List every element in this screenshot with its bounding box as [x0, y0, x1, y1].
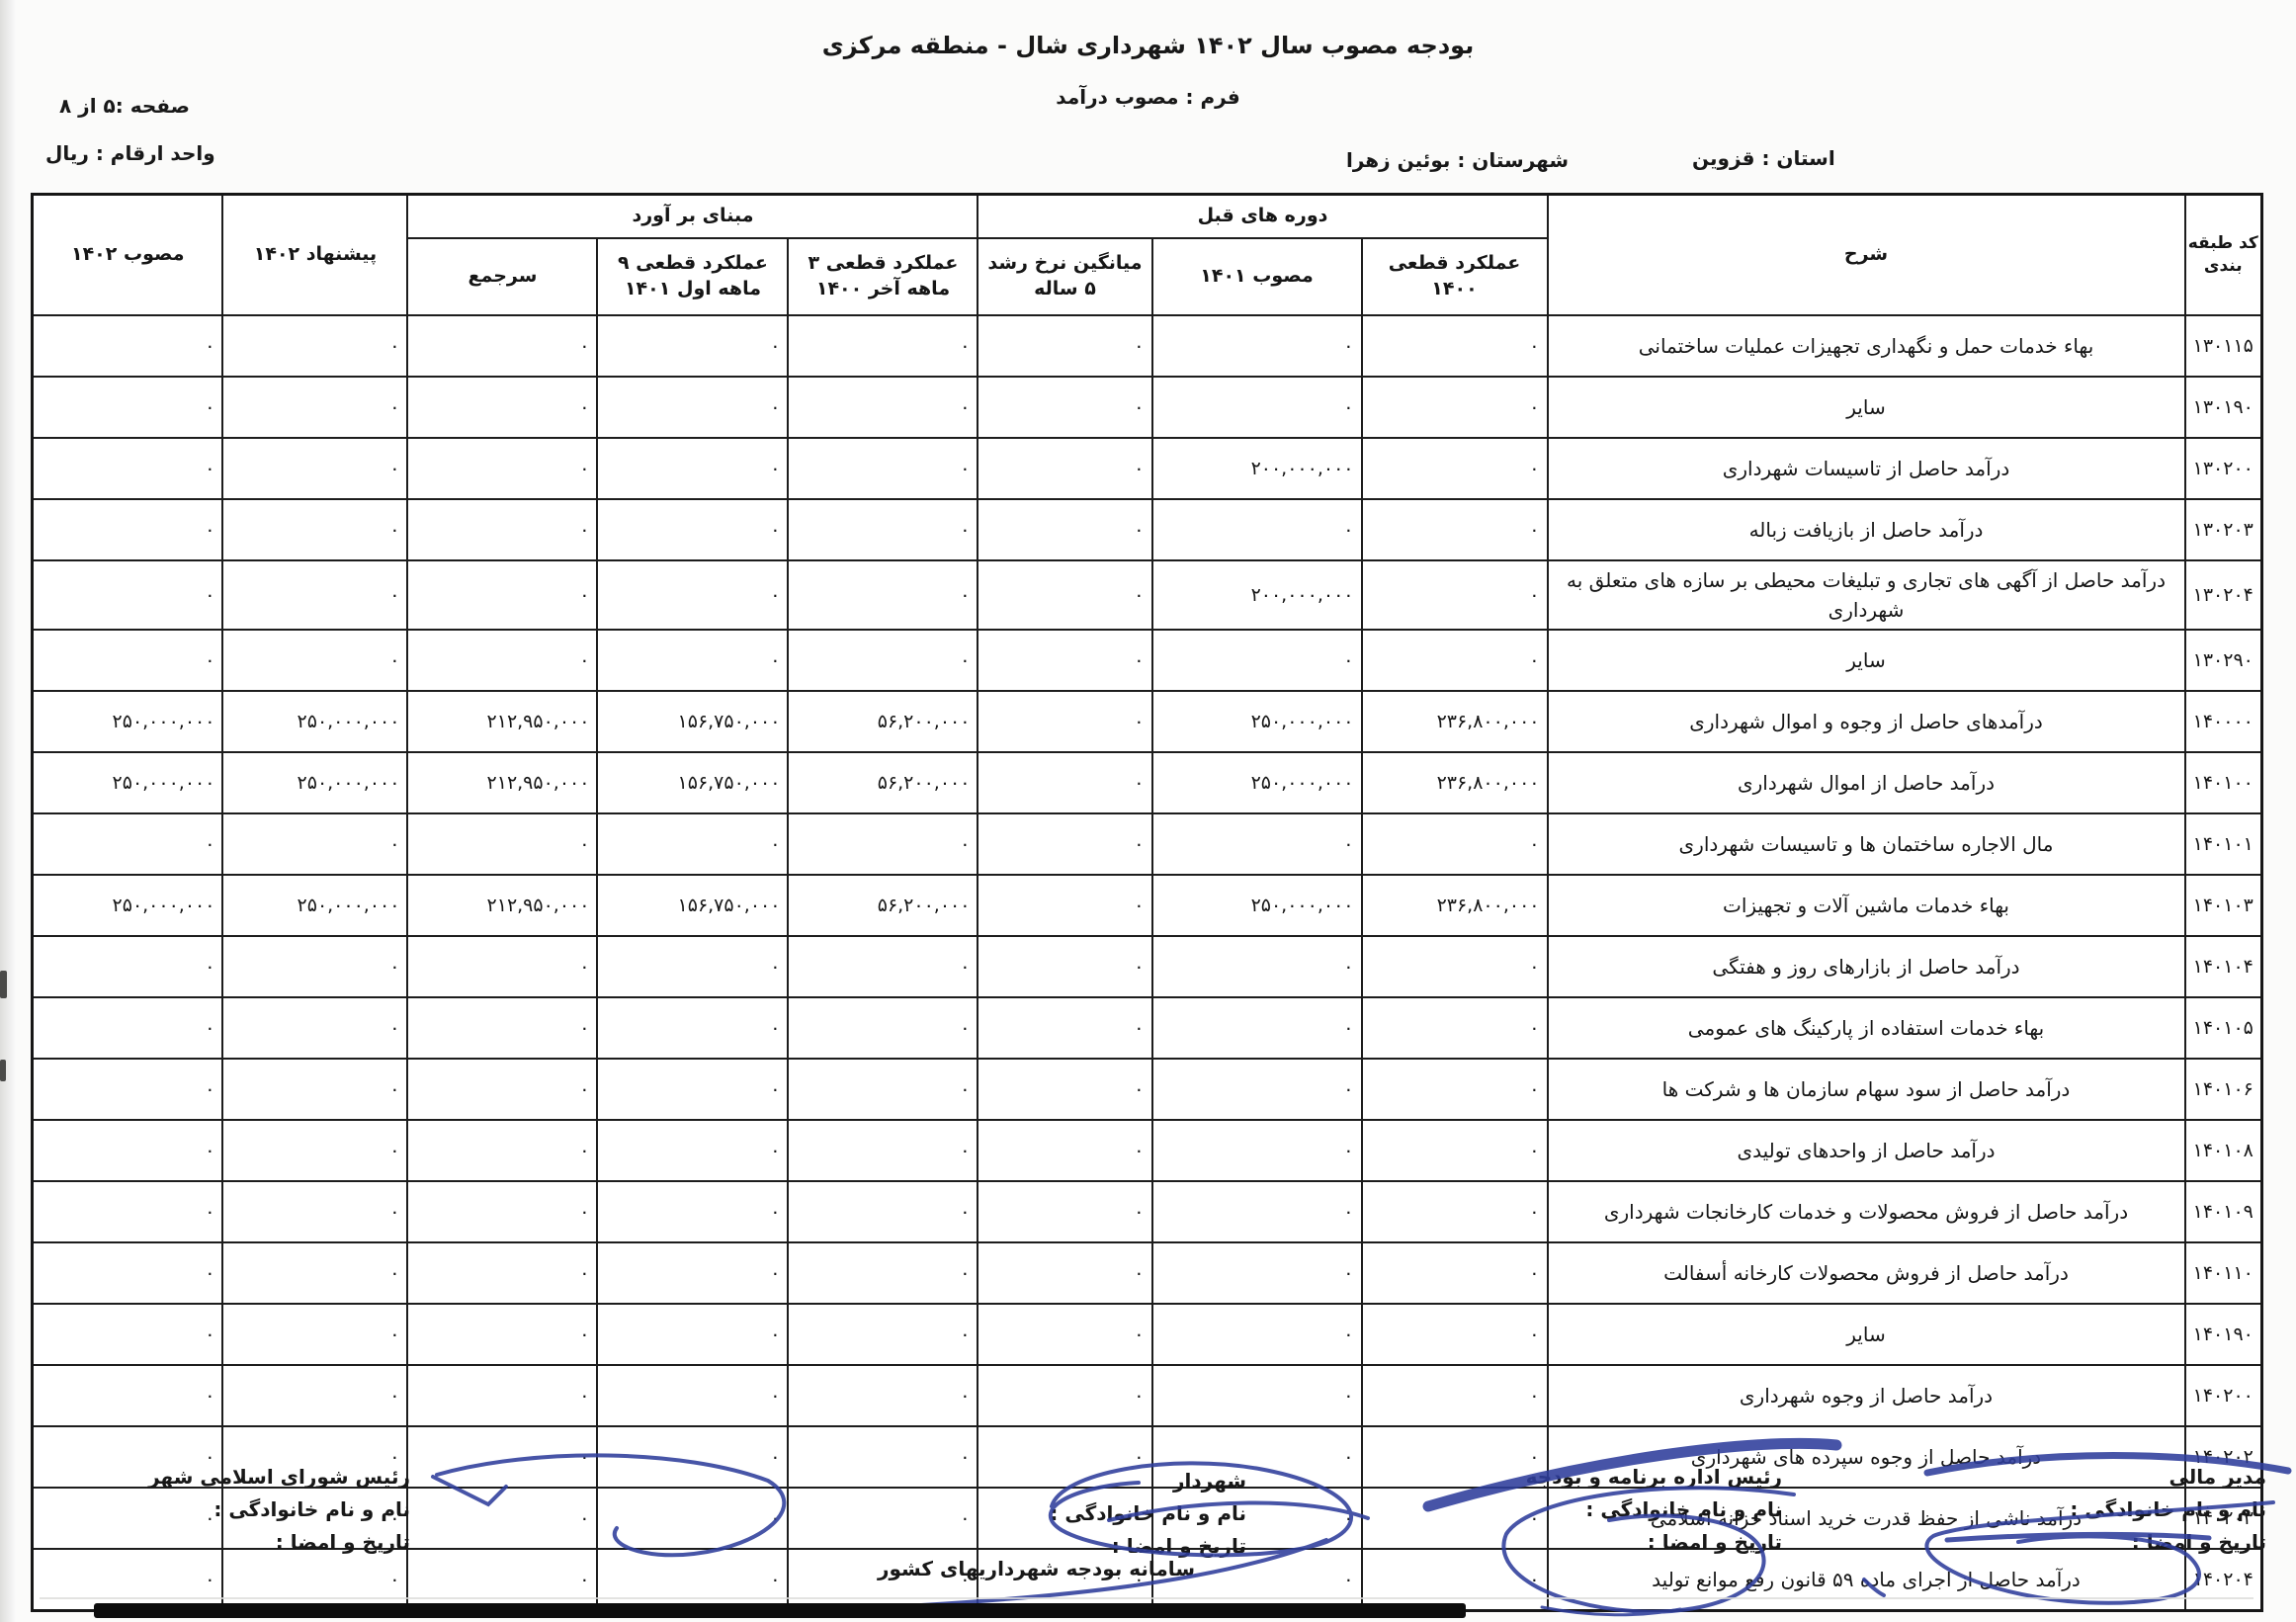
row-value: ۰	[788, 1242, 978, 1304]
row-value: ۰	[32, 499, 222, 560]
row-value: ۰	[597, 1059, 788, 1120]
signatory-title: رئیس اداره برنامه و بودجه	[1495, 1461, 1782, 1494]
row-value: ۲۳۶,۸۰۰,۰۰۰	[1362, 752, 1548, 813]
row-value: ۲۱۲,۹۵۰,۰۰۰	[407, 875, 597, 936]
row-value: ۰	[788, 997, 978, 1059]
row-value: ۰	[32, 1242, 222, 1304]
row-value: ۲۵۰,۰۰۰,۰۰۰	[222, 691, 407, 752]
column-header-approved-1402: مصوب ۱۴۰۲	[32, 195, 222, 316]
table-row: ۱۴۰۱۰۹درآمد حاصل از فروش محصولات و خدمات…	[32, 1181, 2261, 1242]
row-value: ۰	[978, 377, 1151, 438]
row-code: ۱۴۰۱۹۰	[2185, 1304, 2262, 1365]
column-header-actual-1400: عملکرد قطعی ۱۴۰۰	[1362, 238, 1548, 315]
row-code: ۱۴۰۱۰۱	[2185, 813, 2262, 875]
table-row: ۱۴۰۱۰۴درآمد حاصل از بازارهای روز و هفتگی…	[32, 936, 2261, 997]
group-header-previous-periods: دوره های قبل	[978, 195, 1547, 239]
row-description: درآمد حاصل از آگهی های تجاری و تبلیغات م…	[1548, 560, 2185, 630]
row-value: ۰	[32, 1059, 222, 1120]
row-value: ۰	[1152, 377, 1362, 438]
row-code: ۱۳۰۲۰۰	[2185, 438, 2262, 499]
row-code: ۱۳۰۱۱۵	[2185, 315, 2262, 377]
row-value: ۲۵۰,۰۰۰,۰۰۰	[32, 752, 222, 813]
row-value: ۰	[1362, 1059, 1548, 1120]
row-value: ۰	[1362, 936, 1548, 997]
row-value: ۰	[32, 315, 222, 377]
row-description: درآمد حاصل از بازارهای روز و هفتگی	[1548, 936, 2185, 997]
row-value: ۲۵۰,۰۰۰,۰۰۰	[222, 752, 407, 813]
table-row: ۱۴۰۱۰۱مال الاجاره ساختمان ها و تاسیسات ش…	[32, 813, 2261, 875]
row-value: ۰	[788, 1120, 978, 1181]
row-value: ۰	[407, 997, 597, 1059]
row-value: ۰	[597, 377, 788, 438]
row-value: ۰	[978, 499, 1151, 560]
row-value: ۲۵۰,۰۰۰,۰۰۰	[222, 875, 407, 936]
row-code: ۱۴۰۱۰۳	[2185, 875, 2262, 936]
column-header-description: شرح	[1548, 195, 2185, 316]
row-value: ۰	[1152, 499, 1362, 560]
table-row: ۱۴۰۱۰۳بهاء خدمات ماشین آلات و تجهیزات۲۳۶…	[32, 875, 2261, 936]
row-value: ۰	[1152, 936, 1362, 997]
row-value: ۲۳۶,۸۰۰,۰۰۰	[1362, 875, 1548, 936]
row-code: ۱۴۰۰۰۰	[2185, 691, 2262, 752]
name-label: نام و نام خانوادگی :	[1495, 1494, 1782, 1526]
signatory-title: مدیر مالی	[2019, 1461, 2266, 1494]
signature-block-financial-manager: مدیر مالی نام و نام خانوادگی : تاریخ و ا…	[2019, 1461, 2266, 1559]
budget-table-body: ۱۳۰۱۱۵بهاء خدمات حمل و نگهداری تجهیزات ع…	[32, 315, 2261, 1611]
table-row: ۱۳۰۱۹۰سایر۰۰۰۰۰۰۰۰	[32, 377, 2261, 438]
row-value: ۰	[407, 560, 597, 630]
column-header-sum: سرجمع	[407, 238, 597, 315]
row-value: ۰	[1152, 630, 1362, 691]
name-label: نام و نام خانوادگی :	[2019, 1494, 2266, 1526]
row-value: ۱۵۶,۷۵۰,۰۰۰	[597, 875, 788, 936]
row-value: ۰	[1152, 997, 1362, 1059]
row-value: ۰	[222, 499, 407, 560]
row-value: ۰	[222, 813, 407, 875]
row-value: ۲۱۲,۹۵۰,۰۰۰	[407, 691, 597, 752]
column-header-approved-1401: مصوب ۱۴۰۱	[1152, 238, 1362, 315]
row-value: ۰	[1152, 1059, 1362, 1120]
row-value: ۰	[597, 315, 788, 377]
row-value: ۰	[597, 630, 788, 691]
row-value: ۰	[222, 560, 407, 630]
table-row: ۱۴۰۱۹۰سایر۰۰۰۰۰۰۰۰	[32, 1304, 2261, 1365]
row-code: ۱۴۰۲۰۰	[2185, 1365, 2262, 1426]
row-description: درآمد حاصل از تاسیسات شهرداری	[1548, 438, 2185, 499]
row-value: ۰	[788, 438, 978, 499]
row-value: ۰	[788, 1426, 978, 1488]
row-description: درآمد حاصل از بازیافت زباله	[1548, 499, 2185, 560]
row-value: ۰	[32, 1365, 222, 1426]
row-value: ۰	[1362, 813, 1548, 875]
row-value: ۰	[407, 1426, 597, 1488]
row-value: ۰	[597, 499, 788, 560]
row-value: ۰	[597, 1365, 788, 1426]
row-value: ۰	[222, 315, 407, 377]
row-value: ۰	[32, 936, 222, 997]
row-value: ۰	[407, 1304, 597, 1365]
row-value: ۰	[407, 315, 597, 377]
row-value: ۰	[978, 1365, 1151, 1426]
row-value: ۰	[978, 1059, 1151, 1120]
row-value: ۰	[597, 813, 788, 875]
row-value: ۲۳۶,۸۰۰,۰۰۰	[1362, 691, 1548, 752]
row-value: ۰	[407, 1549, 597, 1611]
column-header-avg-growth: میانگین نرخ رشد ۵ ساله	[978, 238, 1151, 315]
table-row: ۱۴۰۱۰۶درآمد حاصل از سود سهام سازمان ها و…	[32, 1059, 2261, 1120]
row-value: ۰	[978, 1181, 1151, 1242]
row-value: ۰	[788, 499, 978, 560]
row-value: ۰	[788, 315, 978, 377]
row-description: درآمد حاصل از واحدهای تولیدی	[1548, 1120, 2185, 1181]
table-row: ۱۴۰۱۰۰درآمد حاصل از اموال شهرداری۲۳۶,۸۰۰…	[32, 752, 2261, 813]
table-row: ۱۳۰۲۹۰سایر۰۰۰۰۰۰۰۰	[32, 630, 2261, 691]
row-value: ۰	[1152, 1242, 1362, 1304]
signatory-title: رئیس شورای اسلامی شهر	[114, 1461, 410, 1494]
table-row: ۱۳۰۲۰۰درآمد حاصل از تاسیسات شهرداری۰۲۰۰,…	[32, 438, 2261, 499]
budget-system-label: سامانه بودجه شهرداریهای کشور	[878, 1557, 1195, 1580]
row-value: ۰	[597, 1120, 788, 1181]
row-value: ۰	[1362, 1181, 1548, 1242]
row-value: ۵۶,۲۰۰,۰۰۰	[788, 875, 978, 936]
signature-block-budget-office-head: رئیس اداره برنامه و بودجه نام و نام خانو…	[1495, 1461, 1782, 1559]
row-value: ۰	[1152, 813, 1362, 875]
row-value: ۰	[788, 1181, 978, 1242]
row-value: ۰	[407, 1181, 597, 1242]
currency-unit-label: واحد ارقام : ریال	[45, 141, 215, 165]
row-code: ۱۴۰۱۱۰	[2185, 1242, 2262, 1304]
row-value: ۰	[597, 1426, 788, 1488]
row-value: ۰	[32, 560, 222, 630]
date-signature-label: تاریخ و امضا :	[1495, 1526, 1782, 1559]
row-value: ۰	[978, 630, 1151, 691]
row-value: ۰	[788, 1059, 978, 1120]
row-value: ۰	[407, 630, 597, 691]
row-code: ۱۳۰۲۹۰	[2185, 630, 2262, 691]
row-description: درآمد حاصل از فروش محصولات و خدمات کارخا…	[1548, 1181, 2185, 1242]
row-value: ۲۵۰,۰۰۰,۰۰۰	[1152, 752, 1362, 813]
row-value: ۰	[788, 936, 978, 997]
row-value: ۰	[1362, 315, 1548, 377]
row-code: ۱۴۰۱۰۵	[2185, 997, 2262, 1059]
row-description: درآمدهای حاصل از وجوه و اموال شهرداری	[1548, 691, 2185, 752]
row-code: ۱۳۰۲۰۳	[2185, 499, 2262, 560]
row-value: ۰	[597, 1549, 788, 1611]
row-description: درآمد حاصل از سود سهام سازمان ها و شرکت …	[1548, 1059, 2185, 1120]
row-description: مال الاجاره ساختمان ها و تاسیسات شهرداری	[1548, 813, 2185, 875]
row-code: ۱۴۰۱۰۸	[2185, 1120, 2262, 1181]
table-row: ۱۳۰۲۰۴درآمد حاصل از آگهی های تجاری و تبل…	[32, 560, 2261, 630]
row-value: ۰	[597, 1181, 788, 1242]
table-row: ۱۴۰۲۰۰درآمد حاصل از وجوه شهرداری۰۰۰۰۰۰۰۰	[32, 1365, 2261, 1426]
row-value: ۰	[788, 630, 978, 691]
province-label: استان : قزوین	[1692, 146, 1835, 170]
row-value: ۰	[222, 438, 407, 499]
date-signature-label: تاریخ و امضا :	[114, 1526, 410, 1559]
row-value: ۰	[978, 813, 1151, 875]
row-value: ۰	[788, 560, 978, 630]
scan-artifact	[0, 971, 7, 998]
row-value: ۰	[407, 1120, 597, 1181]
row-description: بهاء خدمات ماشین آلات و تجهیزات	[1548, 875, 2185, 936]
row-value: ۰	[407, 438, 597, 499]
row-description: سایر	[1548, 630, 2185, 691]
row-description: بهاء خدمات استفاده از پارکینگ های عمومی	[1548, 997, 2185, 1059]
row-value: ۰	[222, 936, 407, 997]
row-value: ۰	[597, 997, 788, 1059]
row-value: ۰	[32, 813, 222, 875]
row-description: درآمد حاصل از اموال شهرداری	[1548, 752, 2185, 813]
row-code: ۱۴۰۱۰۰	[2185, 752, 2262, 813]
row-value: ۰	[978, 997, 1151, 1059]
table-row: ۱۴۰۱۰۵بهاء خدمات استفاده از پارکینگ های …	[32, 997, 2261, 1059]
table-row: ۱۴۰۰۰۰درآمدهای حاصل از وجوه و اموال شهرد…	[32, 691, 2261, 752]
row-value: ۰	[978, 875, 1151, 936]
row-value: ۰	[597, 1304, 788, 1365]
row-value: ۰	[978, 752, 1151, 813]
table-row: ۱۴۰۱۰۸درآمد حاصل از واحدهای تولیدی۰۰۰۰۰۰…	[32, 1120, 2261, 1181]
row-value: ۰	[978, 1120, 1151, 1181]
row-value: ۰	[597, 1242, 788, 1304]
row-value: ۰	[1362, 438, 1548, 499]
row-value: ۰	[978, 438, 1151, 499]
row-value: ۵۶,۲۰۰,۰۰۰	[788, 691, 978, 752]
row-code: ۱۳۰۲۰۴	[2185, 560, 2262, 630]
row-value: ۰	[32, 997, 222, 1059]
row-value: ۰	[788, 377, 978, 438]
row-value: ۰	[222, 1365, 407, 1426]
row-value: ۰	[1152, 1181, 1362, 1242]
row-value: ۰	[32, 1181, 222, 1242]
row-value: ۰	[1152, 315, 1362, 377]
row-value: ۰	[222, 630, 407, 691]
row-value: ۰	[1362, 1242, 1548, 1304]
row-value: ۰	[978, 936, 1151, 997]
row-description: بهاء خدمات حمل و نگهداری تجهیزات عملیات …	[1548, 315, 2185, 377]
signature-block-city-council-head: رئیس شورای اسلامی شهر نام و نام خانوادگی…	[114, 1461, 410, 1559]
row-value: ۰	[1152, 1304, 1362, 1365]
name-label: نام و نام خانوادگی :	[1029, 1497, 1246, 1530]
row-value: ۰	[222, 1304, 407, 1365]
row-value: ۰	[1152, 1120, 1362, 1181]
row-value: ۰	[222, 1120, 407, 1181]
row-value: ۰	[978, 1304, 1151, 1365]
row-value: ۰	[407, 1488, 597, 1549]
row-value: ۰	[1362, 1365, 1548, 1426]
row-description: درآمد حاصل از وجوه شهرداری	[1548, 1365, 2185, 1426]
row-value: ۰	[788, 1365, 978, 1426]
row-value: ۰	[1362, 1120, 1548, 1181]
column-header-actual-9mo-1401: عملکرد قطعی ۹ ماهه اول ۱۴۰۱	[597, 238, 788, 315]
signature-block-mayor: شهردار نام و نام خانوادگی : تاریخ و امضا…	[1029, 1465, 1246, 1563]
row-value: ۱۵۶,۷۵۰,۰۰۰	[597, 752, 788, 813]
row-value: ۵۶,۲۰۰,۰۰۰	[788, 752, 978, 813]
column-header-code: کد طبقه بندی	[2185, 195, 2262, 316]
row-value: ۲۵۰,۰۰۰,۰۰۰	[32, 875, 222, 936]
column-header-proposed-1402: پیشنهاد ۱۴۰۲	[222, 195, 407, 316]
scan-artifact	[0, 1060, 6, 1081]
scan-edge-shadow	[0, 0, 16, 1622]
row-value: ۰	[32, 630, 222, 691]
row-value: ۰	[32, 1120, 222, 1181]
row-value: ۰	[1362, 377, 1548, 438]
county-label: شهرستان : بوئین زهرا	[1346, 148, 1569, 172]
column-header-actual-q3-1400: عملکرد قطعی ۳ ماهه آخر ۱۴۰۰	[788, 238, 978, 315]
table-row: ۱۴۰۱۱۰درآمد حاصل از فروش محصولات کارخانه…	[32, 1242, 2261, 1304]
row-value: ۰	[407, 1059, 597, 1120]
row-value: ۰	[407, 377, 597, 438]
row-value: ۰	[1362, 499, 1548, 560]
scanned-budget-document: { "page": { "title": "بودجه مصوب سال ۱۴۰…	[0, 0, 2296, 1622]
row-value: ۲۵۰,۰۰۰,۰۰۰	[1152, 691, 1362, 752]
row-value: ۰	[407, 1365, 597, 1426]
row-value: ۰	[407, 1242, 597, 1304]
row-value: ۰	[978, 560, 1151, 630]
row-value: ۰	[222, 1181, 407, 1242]
row-value: ۰	[597, 560, 788, 630]
row-code: ۱۳۰۱۹۰	[2185, 377, 2262, 438]
row-value: ۲۵۰,۰۰۰,۰۰۰	[32, 691, 222, 752]
budget-table: کد طبقه بندی شرح دوره های قبل مبنای بر آ…	[31, 193, 2263, 1612]
row-value: ۰	[32, 1304, 222, 1365]
date-signature-label: تاریخ و امضا :	[2019, 1526, 2266, 1559]
table-row: ۱۳۰۱۱۵بهاء خدمات حمل و نگهداری تجهیزات ع…	[32, 315, 2261, 377]
row-value: ۰	[407, 936, 597, 997]
row-value: ۰	[222, 1059, 407, 1120]
row-value: ۰	[1362, 1304, 1548, 1365]
row-value: ۰	[222, 377, 407, 438]
row-value: ۰	[788, 1488, 978, 1549]
row-value: ۰	[597, 438, 788, 499]
row-value: ۰	[1362, 630, 1548, 691]
paper-crease-line	[40, 1597, 2253, 1599]
row-value: ۰	[1152, 1365, 1362, 1426]
row-value: ۰	[222, 1242, 407, 1304]
row-value: ۰	[978, 315, 1151, 377]
row-description: سایر	[1548, 1304, 2185, 1365]
row-value: ۰	[978, 691, 1151, 752]
row-value: ۰	[1362, 997, 1548, 1059]
table-row: ۱۳۰۲۰۳درآمد حاصل از بازیافت زباله۰۰۰۰۰۰۰…	[32, 499, 2261, 560]
row-value: ۲۰۰,۰۰۰,۰۰۰	[1152, 560, 1362, 630]
row-value: ۰	[32, 377, 222, 438]
table-header-group-row: کد طبقه بندی شرح دوره های قبل مبنای بر آ…	[32, 195, 2261, 239]
row-value: ۲۱۲,۹۵۰,۰۰۰	[407, 752, 597, 813]
page-title: بودجه مصوب سال ۱۴۰۲ شهرداری شال - منطقه …	[0, 32, 2296, 59]
row-value: ۰	[222, 997, 407, 1059]
row-value: ۱۵۶,۷۵۰,۰۰۰	[597, 691, 788, 752]
row-code: ۱۴۰۱۰۶	[2185, 1059, 2262, 1120]
row-value: ۰	[407, 499, 597, 560]
row-value: ۰	[1362, 560, 1548, 630]
form-type-label: فرم : مصوب درآمد	[0, 85, 2296, 109]
row-value: ۲۰۰,۰۰۰,۰۰۰	[1152, 438, 1362, 499]
row-value: ۰	[597, 936, 788, 997]
row-value: ۰	[32, 438, 222, 499]
row-value: ۰	[788, 813, 978, 875]
row-value: ۲۵۰,۰۰۰,۰۰۰	[1152, 875, 1362, 936]
group-header-estimation-basis: مبنای بر آورد	[407, 195, 978, 239]
scan-artifact-bar	[94, 1603, 1466, 1618]
name-label: نام و نام خانوادگی :	[114, 1494, 410, 1526]
row-description: درآمد حاصل از فروش محصولات کارخانه أسفال…	[1548, 1242, 2185, 1304]
row-description: سایر	[1548, 377, 2185, 438]
row-value: ۰	[788, 1304, 978, 1365]
row-code: ۱۴۰۱۰۴	[2185, 936, 2262, 997]
page-number: صفحه :۵ از ۸	[59, 94, 190, 118]
row-value: ۰	[597, 1488, 788, 1549]
row-value: ۰	[407, 813, 597, 875]
signatory-title: شهردار	[1029, 1465, 1246, 1497]
row-value: ۰	[978, 1242, 1151, 1304]
row-code: ۱۴۰۱۰۹	[2185, 1181, 2262, 1242]
